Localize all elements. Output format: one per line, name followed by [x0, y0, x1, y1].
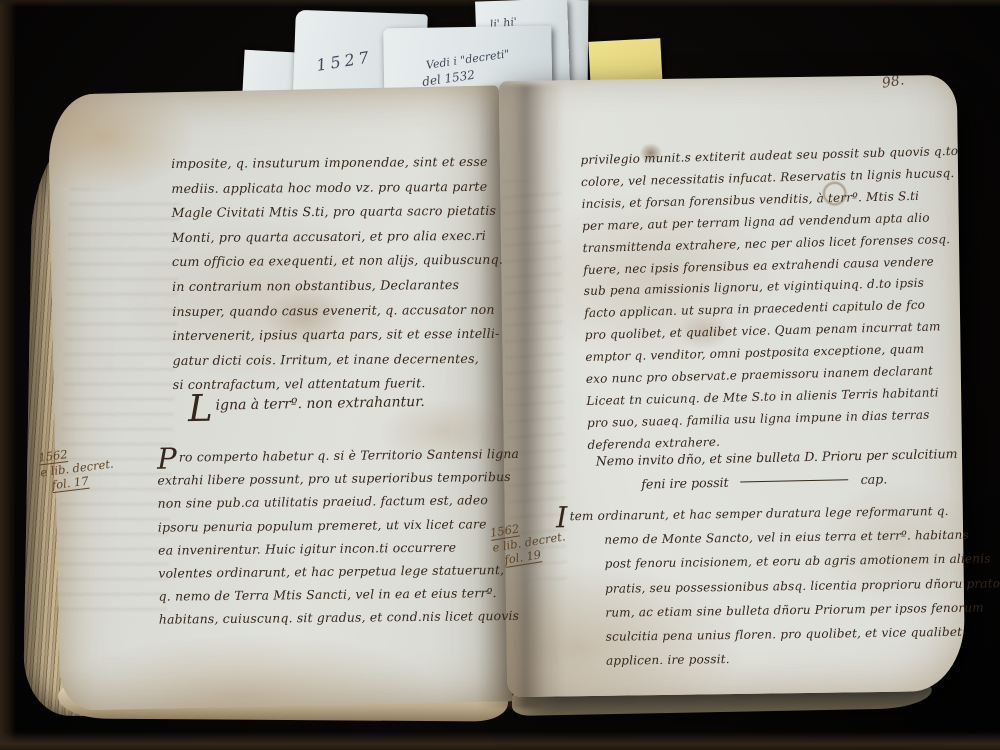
manuscript-line: extrahi libere possunt, pro ut superiori…: [157, 466, 479, 493]
heading-rule: [741, 479, 849, 482]
manuscript-line: q. nemo de Terra Mtis Sancti, vel in ea …: [158, 582, 480, 609]
right-page-section-heading: Nemo invito dño, et sine bulleta D. Prio…: [596, 446, 933, 492]
manuscript-line: non sine pub.ca utilitatis praeiud. fact…: [158, 489, 480, 516]
manuscript-line: applicen. ire possit.: [606, 645, 906, 673]
heading-initial: L: [188, 387, 213, 430]
manuscript-line: sculcitia pena unius floren. pro quolibe…: [606, 621, 906, 649]
left-margin-annotation: 1562 e lib. decret. fol. 17: [38, 442, 116, 494]
heading-cap-label: cap.: [860, 471, 887, 487]
frame-edge-bottom: [0, 730, 1000, 750]
manuscript-line: imposite, q. insuturum imponendae, sint …: [171, 150, 471, 177]
left-page-paragraph-1: imposite, q. insuturum imponendae, sint …: [171, 150, 473, 398]
left-page-paragraph-2: Pro comperto habetur q. si è Territorio …: [157, 442, 481, 631]
manuscript-photograph: Cli' brai 1527 Vedi i "decreti" del 1532…: [0, 0, 1000, 750]
right-page-paragraph-2: Item ordinarunt, et hac semper duratura …: [556, 500, 906, 674]
manuscript-line: Monti, pro quarta accusatori, et pro ali…: [172, 224, 472, 251]
manuscript-line: cum officio ea exequenti, et non alijs, …: [172, 248, 472, 275]
manuscript-line-text: ro comperto habetur q. si è Territorio S…: [179, 446, 519, 465]
manuscript-line: ea invenirentur. Huic igitur incon.ti oc…: [158, 535, 480, 562]
manuscript-line: habitans, cuiuscunq. sit gradus, et cond…: [159, 605, 481, 632]
right-page-paragraph-1: privilegio munit.s extiterit audeat seu …: [580, 142, 919, 457]
manuscript-line-text: tem ordinarunt, et hac semper duratura l…: [570, 504, 949, 523]
manuscript-line: si contrafactum, vel attentatum fuerit.: [173, 371, 473, 398]
manuscript-line: insuper, quando casus evenerit, q. accus…: [172, 298, 472, 325]
manuscript-line: mediis. applicata hoc modo vz. pro quart…: [171, 175, 471, 202]
frame-edge-left: [0, 0, 16, 750]
manuscript-line: Magle Civitati Mtis S.ti, pro quarta sac…: [171, 199, 471, 226]
manuscript-line: in contrarium non obstantibus, Declarant…: [172, 273, 472, 300]
bookmark-tab-1527-label: 1527: [315, 47, 374, 75]
manuscript-line: gatur dicti cois. Irritum, et inane dece…: [173, 347, 473, 374]
heading-text: feni ire possit: [641, 475, 729, 492]
manuscript-line: intervenerit, ipsius quarta pars, sit et…: [172, 322, 472, 349]
manuscript-line: post fenoru incisionem, et eoru ab agris…: [605, 548, 905, 576]
manuscript-line: volentes ordinarunt, et hac perpetua leg…: [158, 558, 480, 585]
manuscript-line: Pro comperto habetur q. si è Territorio …: [157, 442, 479, 469]
manuscript-line: ipsoru penuria populum premeret, ut vix …: [158, 512, 480, 539]
